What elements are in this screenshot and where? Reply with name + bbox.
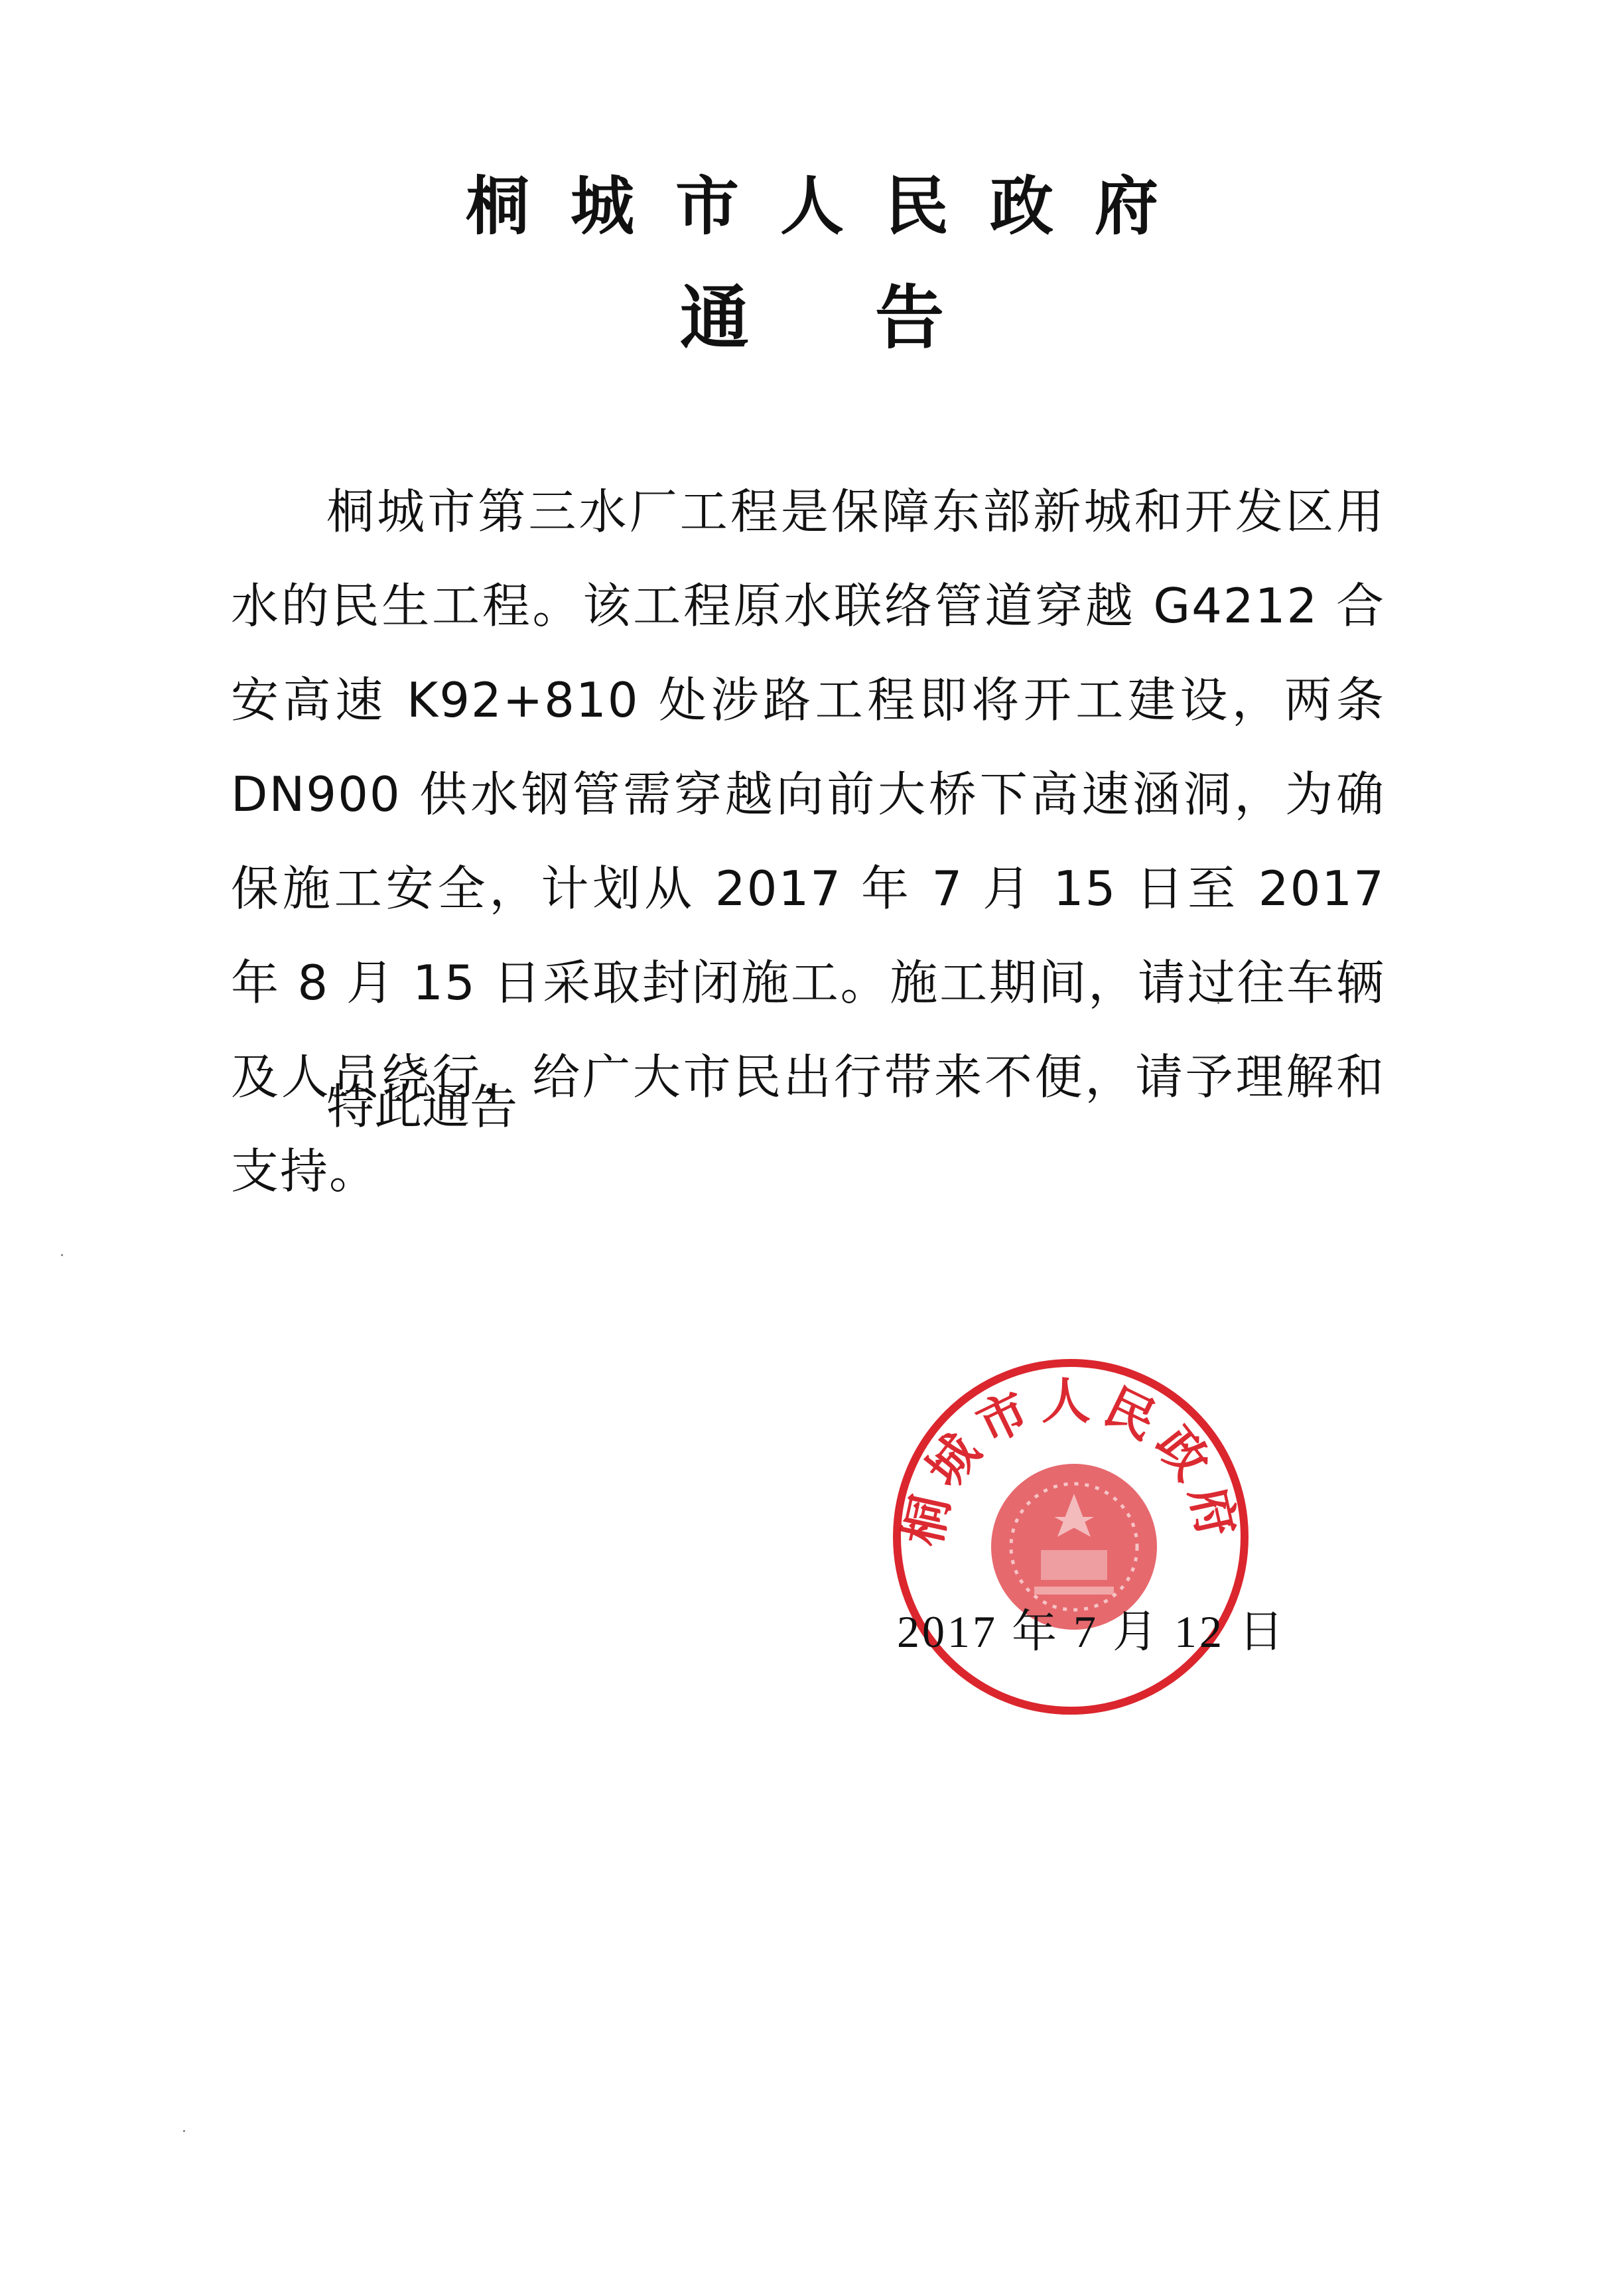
issuer-title: 桐城市人民政府: [0, 156, 1624, 247]
document-type-title: 通告: [0, 262, 1624, 362]
issue-date: 2017 年 7 月 12 日: [897, 1596, 1286, 1660]
scan-speck: [1217, 1002, 1219, 1004]
scan-speck: [183, 2130, 185, 2132]
scan-speck: [61, 1254, 63, 1256]
seal-icon: 桐城市人民政府: [892, 1358, 1250, 1716]
closing-phrase: 特此通告: [326, 1068, 517, 1137]
official-seal: 桐城市人民政府: [892, 1358, 1250, 1716]
